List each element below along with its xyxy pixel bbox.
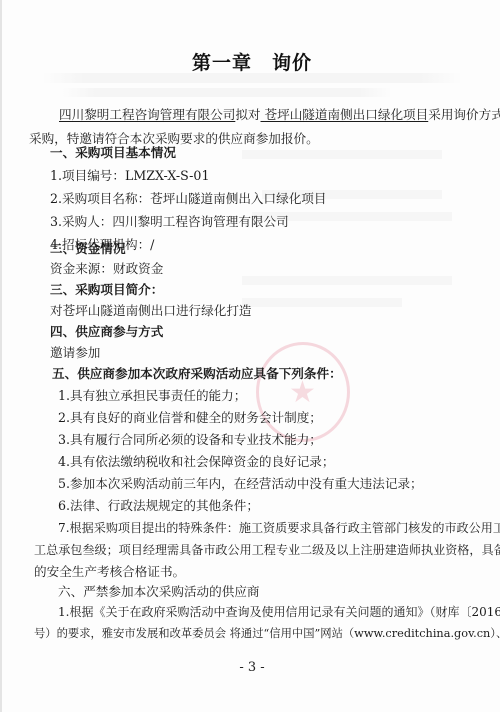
intro-connector: 拟对 (235, 107, 260, 122)
section-5-item: 1.具有独立承担民事责任的能力； (58, 388, 246, 404)
page-number: - 3 - (2, 660, 500, 675)
section-6-item-continued: 号）的要求，雅安市发展和改革委员会 将通过“信用中国”网站（www.credit… (34, 626, 500, 642)
bleed-through-text (242, 276, 452, 285)
document-page: ★ 第一章 询价 四川黎明工程咨询管理有限公司拟对 苍坪山隧道南侧出口绿化项目采… (0, 0, 500, 712)
section-6-item: 1.根据《关于在政府采购活动中查询及使用信用记录有关问题的通知》（财库〔2016… (58, 604, 500, 620)
bleed-through-text (62, 88, 392, 97)
seal-star-icon: ★ (289, 378, 316, 408)
section-heading-1: 一、采购项目基本情况 (50, 145, 176, 161)
section-2-item: 资金来源：财政资金 (50, 261, 163, 277)
section-heading-5: 五、供应商参加本次政府采购活动应具备下列条件： (52, 366, 342, 382)
section-4-item: 邀请参加 (50, 345, 100, 361)
bleed-through-text (242, 150, 442, 159)
section-5-item: 5.参加本次采购活动前三年内，在经营活动中没有重大违法记录； (58, 476, 423, 492)
section-heading-4: 四、供应商参与方式 (50, 324, 163, 340)
section-5-item: 4.具有依法缴纳税收和社会保障资金的良好记录； (58, 454, 335, 470)
bleed-through-text (242, 298, 402, 307)
section-5-item: 3.具有履行合同所必须的设备和专业技术能力； (58, 432, 322, 448)
section-5-item: 6.法律、行政法规规定的其他条件； (58, 498, 259, 514)
section-1-item: 2.采购项目名称：苍坪山隧道南侧出入口绿化项目 (50, 191, 327, 207)
intro-paragraph-line-1: 四川黎明工程咨询管理有限公司拟对 苍坪山隧道南侧出口绿化项目采用询价方式进行 (59, 107, 500, 123)
intro-tail: 采用询价方式进行 (428, 107, 500, 122)
section-3-item: 对苍坪山隧道南侧出口进行绿化打造 (50, 303, 252, 319)
section-5-item-continued: 的安全生产考核合格证书。 (34, 564, 185, 580)
section-heading-6: 六、严禁参加本次采购活动的供应商 (58, 584, 260, 600)
section-5-item-continued: 工总承包叁级；项目经理需具备市政公用工程专业二级及以上注册建造师执业资格，具备有… (34, 542, 500, 558)
chapter-title: 第一章 询价 (2, 48, 500, 75)
section-1-item: 3.采购人：四川黎明工程咨询管理有限公司 (50, 214, 289, 230)
section-5-item: 7.根据采购项目提出的特殊条件：施工资质要求具备行政主管部门核发的市政公用工程施 (58, 520, 500, 536)
purchaser-company: 四川黎明工程咨询管理有限公司 (59, 107, 235, 122)
section-1-item: 1.项目编号：LMZX-X-S-01 (50, 168, 209, 184)
project-name: 苍坪山隧道南侧出口绿化项目 (261, 107, 429, 122)
section-heading-2-visible: 二、资金情况 (50, 241, 126, 257)
section-5-item: 2.具有良好的商业信誉和健全的财务会计制度； (58, 410, 322, 426)
section-heading-3: 三、采购项目简介： (50, 282, 163, 298)
